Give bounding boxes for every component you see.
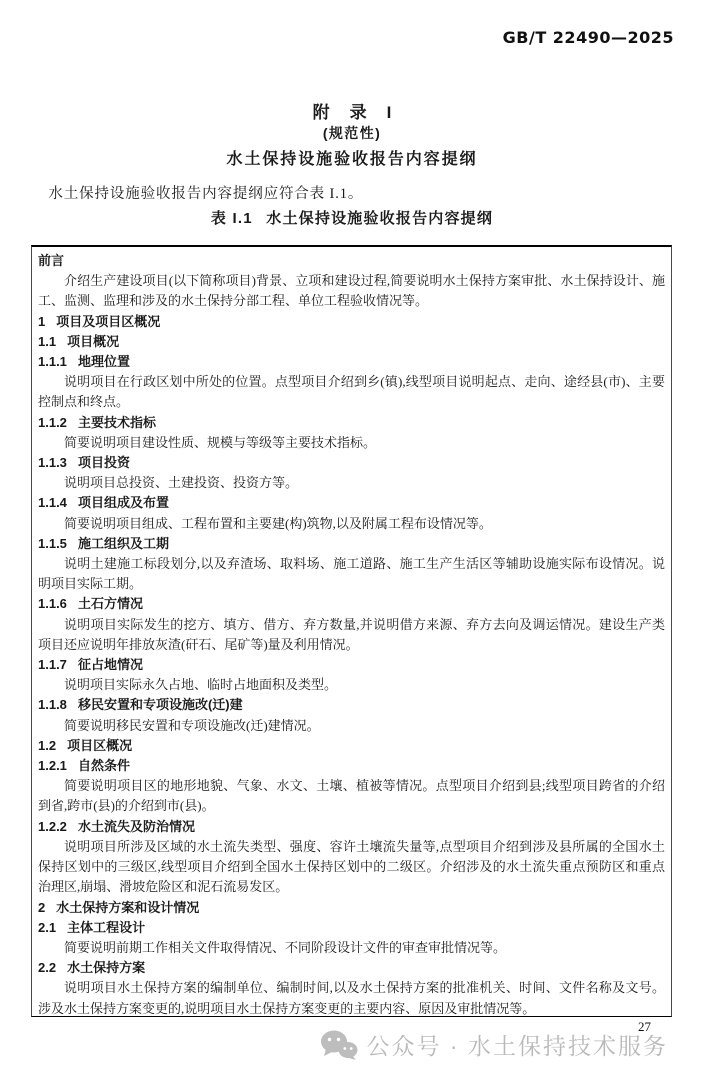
heading-number: 1.1.5 <box>38 536 67 551</box>
table-caption: 表 I.1水土保持设施验收报告内容提纲 <box>0 207 704 228</box>
heading-title: 水土流失及防治情况 <box>78 819 195 834</box>
outline-paragraph: 简要说明项目区的地形地貌、气象、水文、土壤、植被等情况。点型项目介绍到县;线型项… <box>38 776 665 816</box>
heading-number: 1.1.1 <box>38 354 67 369</box>
heading-title: 地理位置 <box>78 354 130 369</box>
heading-number: 1 <box>38 314 45 329</box>
appendix-subtitle: (规范性) <box>0 123 704 143</box>
heading-title: 项目概况 <box>67 334 119 349</box>
heading-number: 1.1.7 <box>38 657 67 672</box>
outline-paragraph: 说明项目实际永久占地、临时占地面积及类型。 <box>38 675 665 695</box>
outline-paragraph: 简要说明项目组成、工程布置和主要建(构)筑物,以及附属工程布设情况等。 <box>38 514 665 534</box>
outline-heading: 2水土保持方案和设计情况 <box>38 898 665 918</box>
outline-paragraph: 介绍生产建设项目(以下简称项目)背景、立项和建设过程,简要说明水土保持方案审批、… <box>38 271 665 311</box>
heading-number: 2 <box>38 900 45 915</box>
outline-paragraph: 说明土建施工标段划分,以及弃渣场、取料场、施工道路、施工生产生活区等辅助设施实际… <box>38 554 665 594</box>
outline-heading: 1.1.1地理位置 <box>38 352 665 372</box>
standard-code: GB/T 22490—2025 <box>503 28 674 47</box>
heading-title: 项目区概况 <box>67 738 132 753</box>
heading-number: 1.2 <box>38 738 56 753</box>
outline-heading: 1.1.4项目组成及布置 <box>38 493 665 513</box>
heading-title: 施工组织及工期 <box>78 536 169 551</box>
outline-paragraph: 说明项目在行政区划中所处的位置。点型项目介绍到乡(镇),线型项目说明起点、走向、… <box>38 372 665 412</box>
heading-title: 主要技术指标 <box>78 415 156 430</box>
table-caption-title: 水土保持设施验收报告内容提纲 <box>266 210 493 227</box>
watermark-text: 公众号 · 水土保持技术服务 <box>367 1028 668 1061</box>
outline-heading: 1.1.6土石方情况 <box>38 594 665 614</box>
outline-paragraph: 说明项目总投资、土建投资、投资方等。 <box>38 473 665 493</box>
outline-paragraph: 简要说明项目建设性质、规模与等级等主要技术指标。 <box>38 433 665 453</box>
heading-title: 项目及项目区概况 <box>56 314 160 329</box>
outline-heading: 2.2水土保持方案 <box>38 958 665 978</box>
heading-title: 征占地情况 <box>78 657 143 672</box>
outline-paragraph: 说明项目实际发生的挖方、填方、借方、弃方数量,并说明借方来源、弃方去向及调运情况… <box>38 615 665 655</box>
heading-title: 水土保持方案 <box>67 960 145 975</box>
table-caption-label: 表 I.1 <box>211 210 253 227</box>
heading-number: 1.1.2 <box>38 415 67 430</box>
outline-heading: 1.1.5施工组织及工期 <box>38 534 665 554</box>
heading-title: 项目组成及布置 <box>78 495 169 510</box>
outline-heading: 1.2项目区概况 <box>38 736 665 756</box>
appendix-heading: 水土保持设施验收报告内容提纲 <box>0 146 704 169</box>
outline-heading: 1.1项目概况 <box>38 332 665 352</box>
heading-number: 2.2 <box>38 960 56 975</box>
outline-heading: 1.1.2主要技术指标 <box>38 413 665 433</box>
outline-paragraph: 说明项目水土保持方案的编制单位、编制时间,以及水土保持方案的批准机关、时间、文件… <box>38 978 665 1017</box>
heading-number: 1.1.6 <box>38 596 67 611</box>
outline-paragraph: 说明项目所涉及区域的水土流失类型、强度、容许土壤流失量等,点型项目介绍到涉及县所… <box>38 837 665 898</box>
heading-number: 1.1.3 <box>38 455 67 470</box>
outline-heading: 1.1.3项目投资 <box>38 453 665 473</box>
heading-number: 1.2.2 <box>38 819 67 834</box>
heading-number: 2.1 <box>38 920 56 935</box>
watermark: 公众号 · 水土保持技术服务 <box>320 1028 668 1061</box>
heading-title: 项目投资 <box>78 455 130 470</box>
heading-number: 1.1.8 <box>38 697 67 712</box>
heading-number: 1.2.1 <box>38 758 67 773</box>
document-page: GB/T 22490—2025 附 录 I (规范性) 水土保持设施验收报告内容… <box>0 0 704 1070</box>
heading-title: 土石方情况 <box>78 596 143 611</box>
wechat-icon <box>320 1029 358 1061</box>
intro-paragraph: 水土保持设施验收报告内容提纲应符合表 I.1。 <box>31 182 672 203</box>
outline-heading: 前言 <box>38 251 665 271</box>
outline-paragraph: 简要说明移民安置和专项设施改(迁)建情况。 <box>38 716 665 736</box>
heading-title: 主体工程设计 <box>67 920 145 935</box>
outline-heading: 1.1.8移民安置和专项设施改(迁)建 <box>38 695 665 715</box>
outline-table: 前言介绍生产建设项目(以下简称项目)背景、立项和建设过程,简要说明水土保持方案审… <box>31 245 672 1017</box>
outline-paragraph: 简要说明前期工作相关文件取得情况、不同阶段设计文件的审查审批情况等。 <box>38 938 665 958</box>
outline-heading: 1.1.7征占地情况 <box>38 655 665 675</box>
heading-title: 自然条件 <box>78 758 130 773</box>
outline-heading: 1.2.2水土流失及防治情况 <box>38 817 665 837</box>
outline-heading: 1.2.1自然条件 <box>38 756 665 776</box>
heading-number: 1.1 <box>38 334 56 349</box>
outline-heading: 1项目及项目区概况 <box>38 312 665 332</box>
heading-title: 移民安置和专项设施改(迁)建 <box>78 697 243 712</box>
outline-heading: 2.1主体工程设计 <box>38 918 665 938</box>
heading-title: 水土保持方案和设计情况 <box>56 900 199 915</box>
appendix-title: 附 录 I <box>0 98 704 123</box>
heading-number: 1.1.4 <box>38 495 67 510</box>
